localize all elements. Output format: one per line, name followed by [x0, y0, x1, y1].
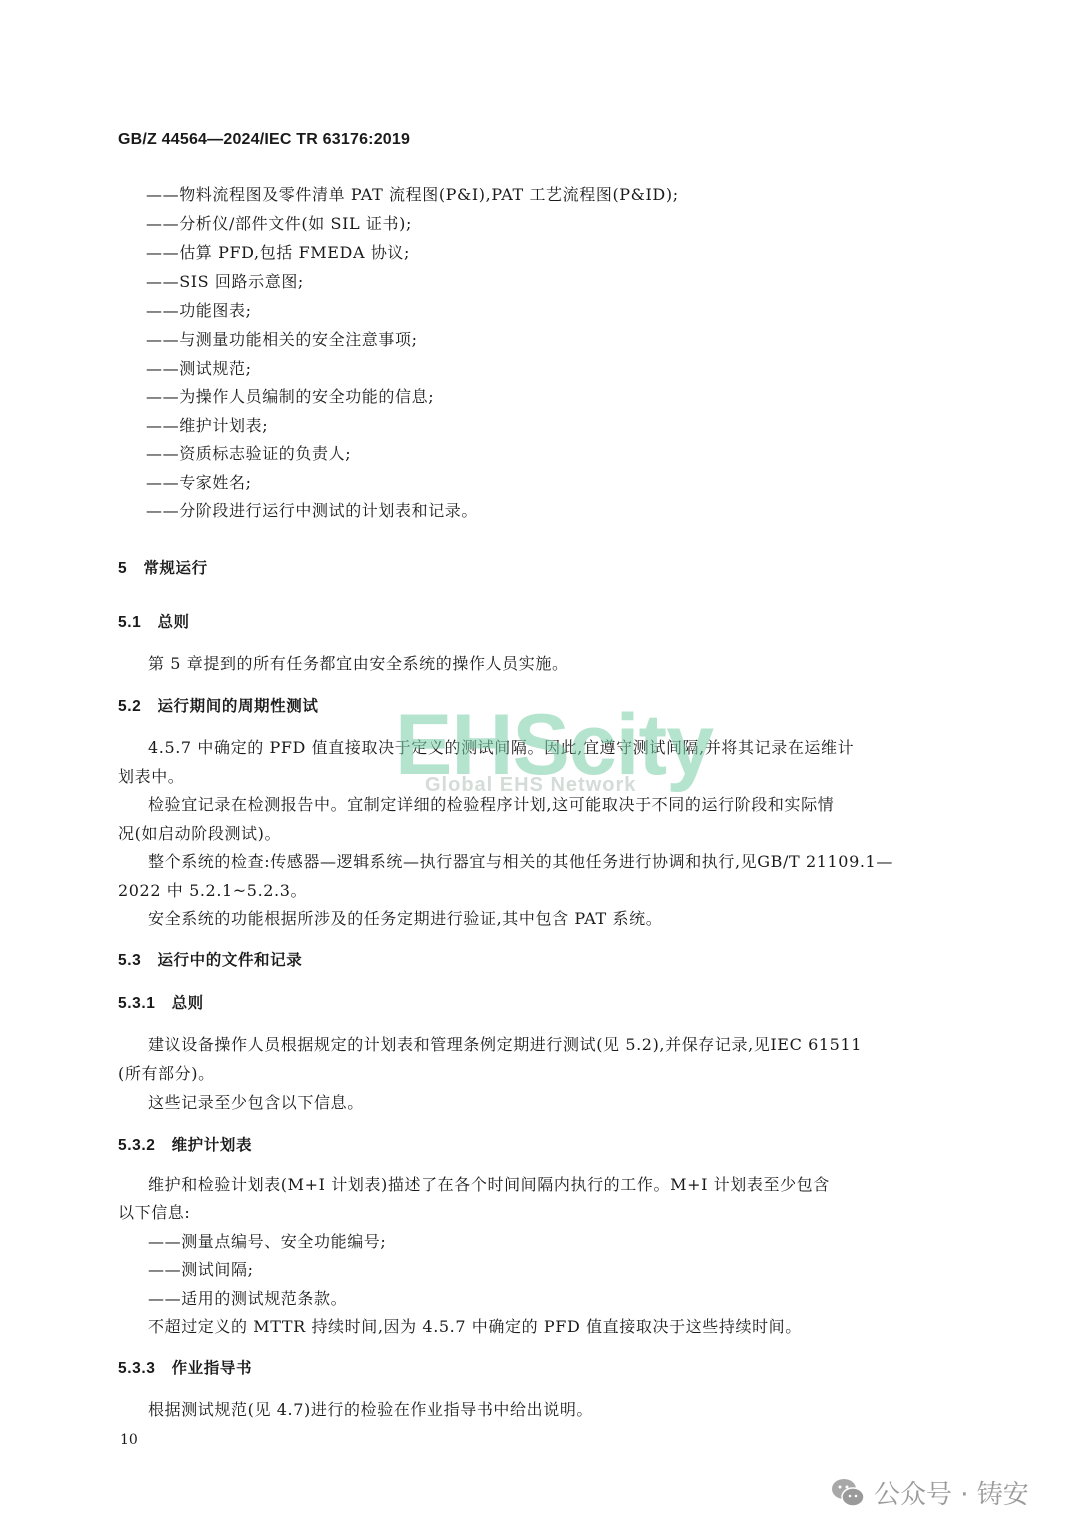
paragraph-line: 划表中。	[118, 764, 184, 787]
page-number: 10	[120, 1432, 138, 1448]
list-item: ——为操作人员编制的安全功能的信息;	[146, 384, 434, 407]
list-item: ——测量点编号、安全功能编号;	[148, 1229, 386, 1252]
document-page: GB/Z 44564—2024/IEC TR 63176:2019 ——物料流程…	[0, 0, 1080, 1527]
paragraph-line: 维护和检验计划表(M+I 计划表)描述了在各个时间间隔内执行的工作。M+I 计划…	[148, 1172, 830, 1195]
section-heading-5-3: 5.3 运行中的文件和记录	[118, 948, 302, 970]
section-heading-5-1: 5.1 总则	[118, 610, 190, 632]
paragraph-line: 4.5.7 中确定的 PFD 值直接取决于定义的测试间隔。因此,宜遵守测试间隔,…	[148, 735, 854, 758]
wechat-icon	[830, 1477, 866, 1509]
list-item: ——测试规范;	[146, 356, 252, 379]
list-item: ——与测量功能相关的安全注意事项;	[146, 327, 418, 350]
paragraph-line: 建议设备操作人员根据规定的计划表和管理条例定期进行测试(见 5.2),并保存记录…	[148, 1032, 862, 1055]
list-item: ——专家姓名;	[146, 470, 252, 493]
list-item: ——功能图表;	[146, 298, 252, 321]
paragraph-line: 检验宜记录在检测报告中。宜制定详细的检验程序计划,这可能取决于不同的运行阶段和实…	[148, 792, 834, 815]
list-item: ——测试间隔;	[148, 1257, 254, 1280]
list-item: ——物料流程图及零件清单 PAT 流程图(P&I),PAT 工艺流程图(P&ID…	[146, 182, 679, 205]
list-item: ——估算 PFD,包括 FMEDA 协议;	[146, 240, 410, 263]
paragraph-line: 2022 中 5.2.1~5.2.3。	[118, 878, 307, 901]
section-heading-5-3-3: 5.3.3 作业指导书	[118, 1356, 252, 1378]
wechat-account-label: 公众号 · 铸安	[874, 1474, 1029, 1511]
paragraph-line: 这些记录至少包含以下信息。	[148, 1090, 364, 1113]
paragraph-line: 不超过定义的 MTTR 持续时间,因为 4.5.7 中确定的 PFD 值直接取决…	[148, 1314, 802, 1337]
paragraph-line: 根据测试规范(见 4.7)进行的检验在作业指导书中给出说明。	[148, 1397, 593, 1420]
list-item: ——分析仪/部件文件(如 SIL 证书);	[146, 211, 412, 234]
section-heading-5-3-1: 5.3.1 总则	[118, 991, 204, 1013]
list-item: ——维护计划表;	[146, 413, 268, 436]
list-item: ——SIS 回路示意图;	[146, 269, 304, 292]
paragraph: 第 5 章提到的所有任务都宜由安全系统的操作人员实施。	[148, 651, 569, 674]
wechat-account-badge: 公众号 · 铸安	[830, 1474, 1029, 1511]
list-item: ——适用的测试规范条款。	[148, 1286, 347, 1309]
standard-header: GB/Z 44564—2024/IEC TR 63176:2019	[118, 131, 410, 149]
paragraph-line: 安全系统的功能根据所涉及的任务定期进行验证,其中包含 PAT 系统。	[148, 906, 662, 929]
paragraph-line: 况(如启动阶段测试)。	[118, 821, 281, 844]
section-heading-5-2: 5.2 运行期间的周期性测试	[118, 694, 318, 716]
paragraph-line: 整个系统的检查:传感器—逻辑系统—执行器宜与相关的其他任务进行协调和执行,见GB…	[148, 849, 893, 872]
list-item: ——资质标志验证的负责人;	[146, 441, 351, 464]
paragraph-line: 以下信息:	[118, 1200, 190, 1223]
list-item: ——分阶段进行运行中测试的计划表和记录。	[146, 498, 478, 521]
section-heading-5: 5 常规运行	[118, 556, 208, 578]
paragraph-line: (所有部分)。	[118, 1061, 215, 1084]
section-heading-5-3-2: 5.3.2 维护计划表	[118, 1133, 252, 1155]
